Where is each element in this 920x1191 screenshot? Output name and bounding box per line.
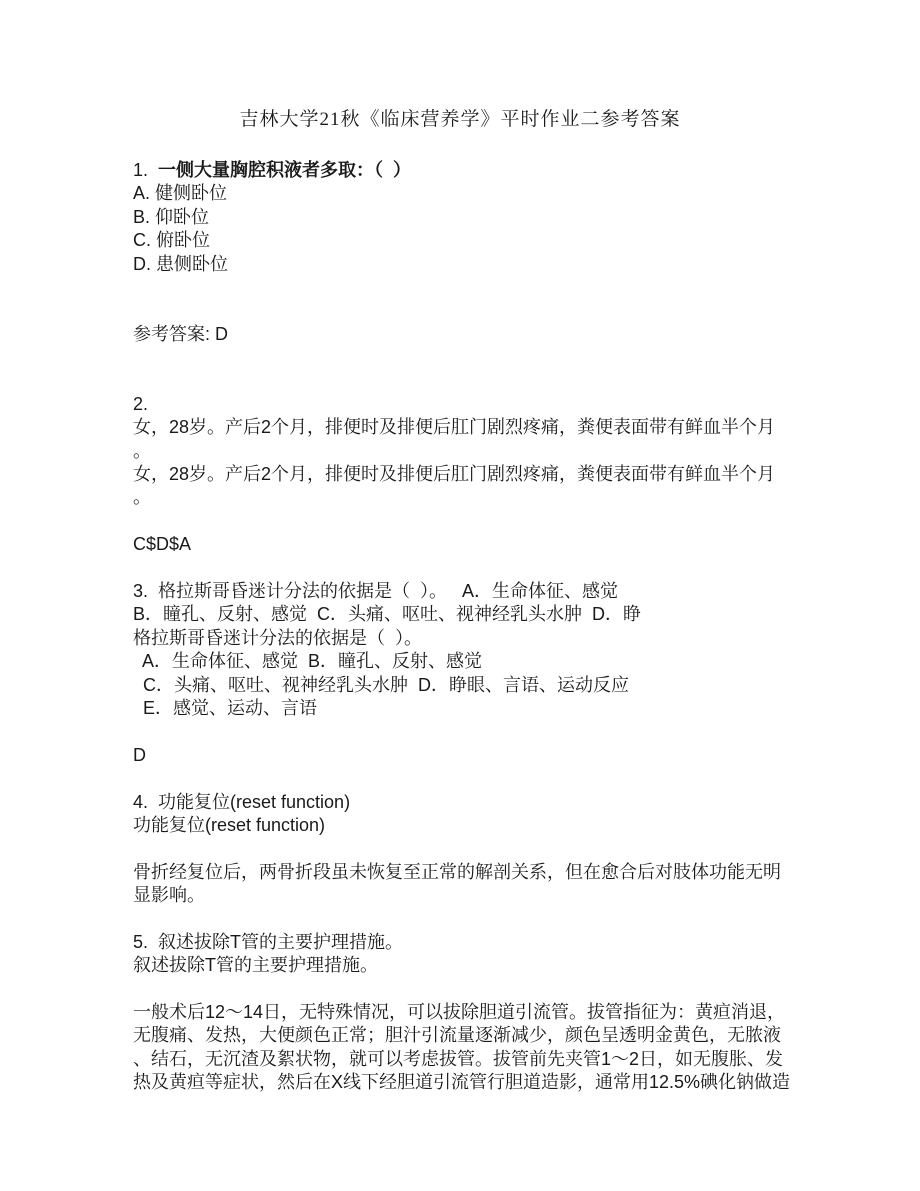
q1-option-c: C. 俯卧位: [133, 229, 830, 252]
q2-answer: C$D$A: [133, 533, 830, 556]
q3-line: B．瞳孔、反射、感觉 C．头痛、呕吐、视神经乳头水肿 D．睁: [133, 603, 830, 626]
q4-title-line: 4. 功能复位(reset function): [133, 791, 830, 814]
q5-title-line: 5. 叙述拔除T管的主要护理措施。: [133, 931, 830, 954]
q4-explanation-line: 显影响。: [133, 884, 830, 907]
q5-explanation-line: 无腹痛、发热，大便颜色正常；胆汁引流量逐渐减少，颜色呈透明金黄色，无脓液: [133, 1024, 830, 1047]
q1-option-d: D. 患侧卧位: [133, 253, 830, 276]
q2-case-line: 女，28岁。产后2个月，排便时及排便后肛门剧烈疼痛，粪便表面带有鲜血半个月: [133, 463, 830, 486]
q5-title-line: 叙述拔除T管的主要护理措施。: [133, 954, 830, 977]
blank-line: [133, 276, 830, 299]
q2-case-line: 女，28岁。产后2个月，排便时及排便后肛门剧烈疼痛，粪便表面带有鲜血半个月: [133, 416, 830, 439]
q5-explanation-line: 、结石，无沉渣及絮状物，就可以考虑拔管。拔管前先夹管1～2日，如无腹胀、发: [133, 1048, 830, 1071]
q3-line: 格拉斯哥昏迷计分法的依据是（ ）。: [133, 627, 830, 650]
q5-explanation-line: 一般术后12～14日，无特殊情况，可以拔除胆道引流管。拔管指征为：黄疸消退，: [133, 1001, 830, 1024]
blank-line: [133, 978, 830, 1001]
q1-option-b: B. 仰卧位: [133, 206, 830, 229]
q1-reference-answer: 参考答案: D: [133, 323, 830, 346]
blank-line: [133, 908, 830, 931]
document-page: 吉林大学21秋《临床营养学》平时作业二参考答案 1. 一侧大量胸腔积液者多取：（…: [0, 0, 920, 1191]
blank-line: [133, 346, 830, 369]
q2-number: 2.: [133, 393, 830, 416]
q3-answer: D: [133, 744, 830, 767]
q2-case-line: 。: [133, 440, 830, 463]
q1-prompt: 一侧大量胸腔积液者多取：（ ）: [158, 160, 411, 180]
q3-line: C．头痛、呕吐、视神经乳头水肿 D．睁眼、言语、运动反应: [133, 674, 830, 697]
q4-explanation-line: 骨折经复位后，两骨折段虽未恢复至正常的解剖关系，但在愈合后对肢体功能无明: [133, 861, 830, 884]
q1-prompt-line: 1. 一侧大量胸腔积液者多取：（ ）: [133, 159, 830, 182]
document-title: 吉林大学21秋《临床营养学》平时作业二参考答案: [0, 108, 920, 131]
q1-number: 1.: [133, 160, 158, 180]
q5-explanation-line: 热及黄疸等症状，然后在X线下经胆道引流管行胆道造影，通常用12.5%碘化钠做造: [133, 1071, 830, 1094]
q4-title-line: 功能复位(reset function): [133, 814, 830, 837]
q2-case-line: 。: [133, 486, 830, 509]
blank-line: [133, 557, 830, 580]
q3-line: A．生命体征、感觉 B．瞳孔、反射、感觉: [133, 650, 830, 673]
blank-line: [133, 767, 830, 790]
q3-line: E．感觉、运动、言语: [133, 697, 830, 720]
blank-line: [133, 720, 830, 743]
blank-line: [133, 510, 830, 533]
blank-line: [133, 370, 830, 393]
q3-line: 3. 格拉斯哥昏迷计分法的依据是（ ）。 A．生命体征、感觉: [133, 580, 830, 603]
blank-line: [133, 299, 830, 322]
blank-line: [133, 837, 830, 860]
q1-option-a: A. 健侧卧位: [133, 182, 830, 205]
document-body: 1. 一侧大量胸腔积液者多取：（ ） A. 健侧卧位 B. 仰卧位 C. 俯卧位…: [0, 159, 920, 1095]
